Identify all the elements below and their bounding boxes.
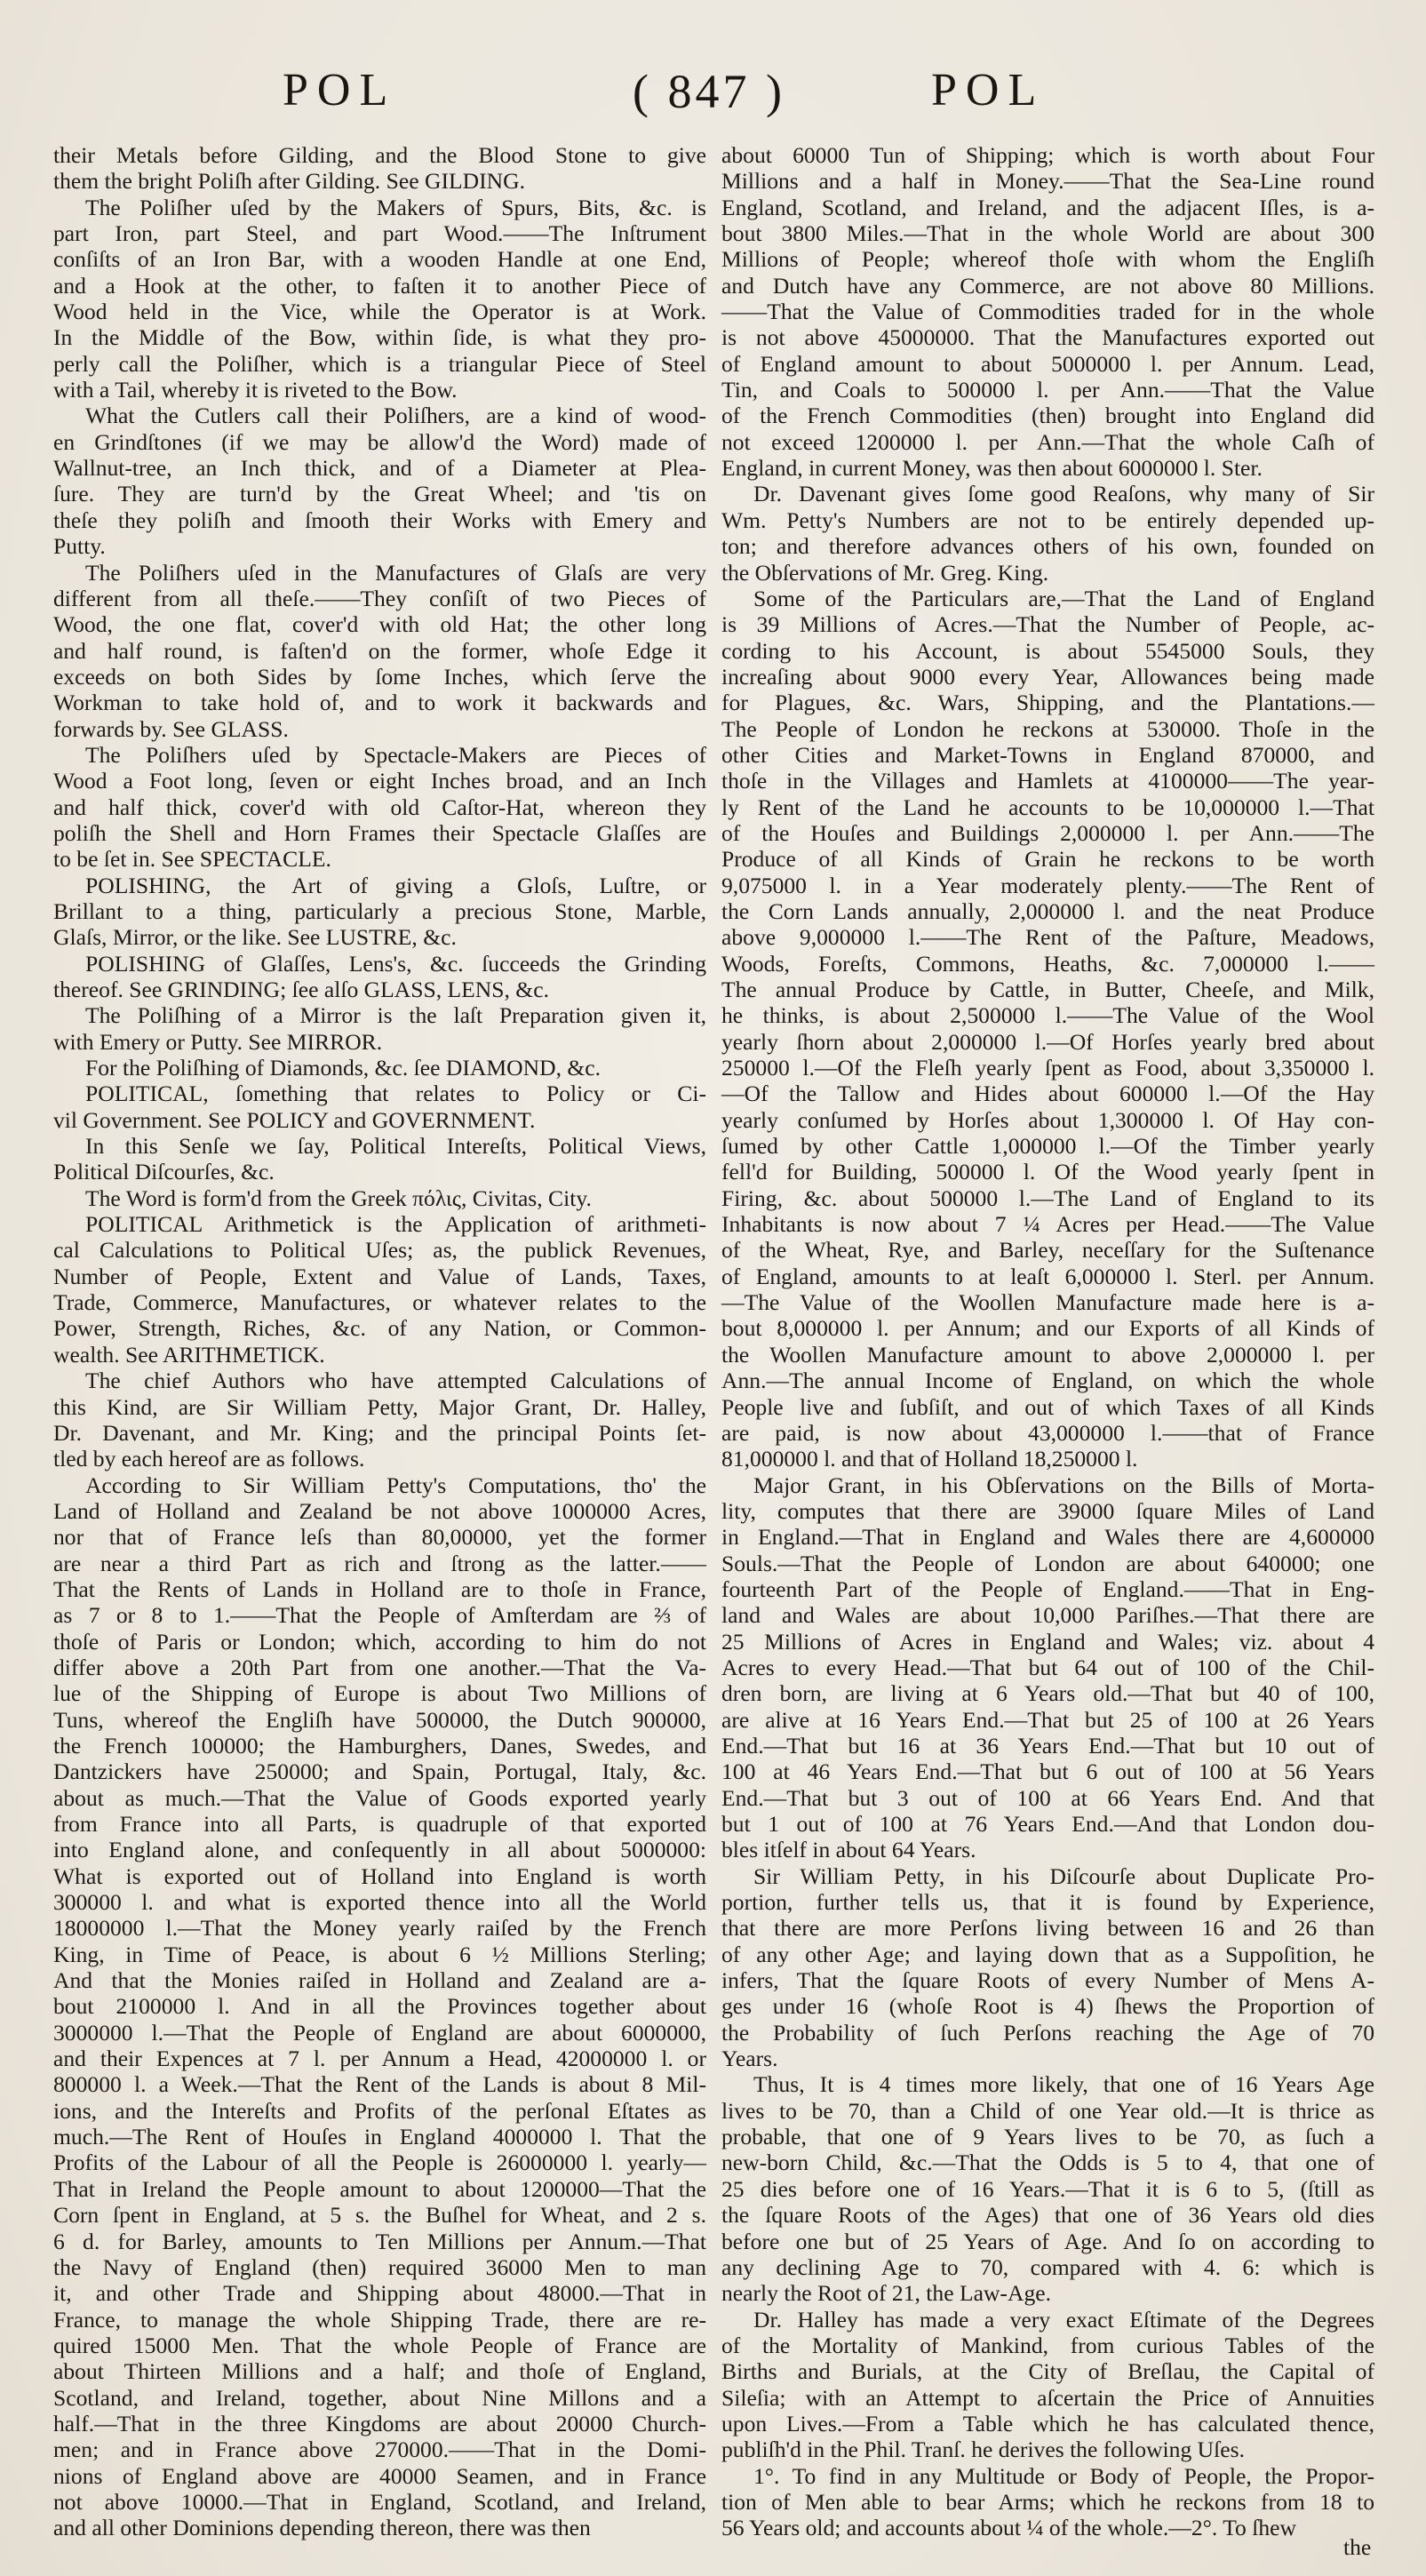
paragraph: What the Cutlers call their Poliſhers, a… xyxy=(53,403,706,559)
paragraph: Dr. Davenant gives ſome good Reaſons, wh… xyxy=(721,481,1374,585)
paragraph: POLITICAL, ſomething that relates to Pol… xyxy=(53,1081,706,1133)
text-line: differ above a 20th Part from one anothe… xyxy=(53,1655,706,1680)
text-line: to be ſet in. See SPECTACLE. xyxy=(53,846,706,872)
text-line: Wood held in the Vice, while the Operato… xyxy=(53,299,706,324)
text-line: 800000 l. a Week.—That the Rent of the L… xyxy=(53,2071,706,2097)
text-line: —The Value of the Woollen Manufacture ma… xyxy=(721,1289,1374,1315)
text-line: as 7 or 8 to 1.——That the People of Amſt… xyxy=(53,1602,706,1628)
text-line: about 60000 Tun of Shipping; which is wo… xyxy=(721,142,1374,168)
text-line: POLITICAL Arithmetick is the Application… xyxy=(53,1211,706,1237)
text-line: are alive at 16 Years End.—That but 25 o… xyxy=(721,1707,1374,1733)
text-line: of England amount to about 5000000 l. pe… xyxy=(721,351,1374,377)
text-line: —Of the Tallow and Hides about 600000 l.… xyxy=(721,1081,1374,1106)
text-line: 81,000000 l. and that of Holland 18,2500… xyxy=(721,1446,1374,1471)
paragraph: Dr. Halley has made a very exact Eſtimat… xyxy=(721,2307,1374,2463)
text-line: Political Diſcourſes, &c. xyxy=(53,1159,706,1184)
text-line: 18000000 l.—That the Money yearly raiſed… xyxy=(53,1915,706,1941)
text-line: People live and ſubſiſt, and out of whic… xyxy=(721,1394,1374,1420)
page-number: ( 847 ) xyxy=(633,64,785,119)
text-line: Wood, the one flat, cover'd with old Hat… xyxy=(53,611,706,637)
paragraph: The Word is form'd from the Greek πόλις,… xyxy=(53,1185,706,1211)
text-line: about Thirteen Millions and a half; and … xyxy=(53,2358,706,2384)
text-line: for Plagues, &c. Wars, Shipping, and the… xyxy=(721,690,1374,715)
text-line: POLITICAL, ſomething that relates to Pol… xyxy=(53,1081,706,1106)
text-line: much.—The Rent of Houſes in England 4000… xyxy=(53,2124,706,2149)
text-line: Dantzickers have 250000; and Spain, Port… xyxy=(53,1759,706,1784)
text-line: and a Hook at the other, to faſten it to… xyxy=(53,273,706,299)
text-line: Land of Holland and Zealand be not above… xyxy=(53,1498,706,1524)
text-line: fell'd for Building, 500000 l. Of the Wo… xyxy=(721,1159,1374,1184)
header-right-keyword: POL xyxy=(931,64,1045,116)
text-line: ions, and the Intereſts and Profits of t… xyxy=(53,2098,706,2124)
text-line: fourteenth Part of the People of England… xyxy=(721,1576,1374,1602)
text-line: bout 8,000000 l. per Annum; and our Expo… xyxy=(721,1315,1374,1341)
text-line: That the Rents of Lands in Holland are t… xyxy=(53,1576,706,1602)
paragraph: The Poliſhing of a Mirror is the laſt Pr… xyxy=(53,1002,706,1055)
text-line: Woods, Foreſts, Commons, Heaths, &c. 7,0… xyxy=(721,951,1374,977)
text-line: What the Cutlers call their Poliſhers, a… xyxy=(53,403,706,428)
text-line: are paid, is now about 43,000000 l.——tha… xyxy=(721,1420,1374,1446)
text-line: that there are more Perſons living betwe… xyxy=(721,1915,1374,1941)
text-line: he thinks, is about 2,500000 l.——The Val… xyxy=(721,1002,1374,1028)
text-line: Wood a Foot long, ſeven or eight Inches … xyxy=(53,768,706,794)
text-line: The annual Produce by Cattle, in Butter,… xyxy=(721,977,1374,1002)
text-line: England, Scotland, and Ireland, and the … xyxy=(721,195,1374,220)
text-line: different from all theſe.——They conſiſt … xyxy=(53,586,706,611)
text-line: The Poliſhers uſed by Spectacle-Makers a… xyxy=(53,742,706,768)
text-line: the Woollen Manufacture amount to above … xyxy=(721,1342,1374,1368)
text-line: Tuns, whereof the Engliſh have 500000, t… xyxy=(53,1707,706,1733)
text-line: POLISHING of Glaſſes, Lens's, &c. ſuccee… xyxy=(53,951,706,977)
text-line: of the Mortality of Mankind, from curiou… xyxy=(721,2333,1374,2358)
text-line: the Obſervations of Mr. Greg. King. xyxy=(721,560,1374,586)
text-line: bles itſelf in about 64 Years. xyxy=(721,1837,1374,1862)
text-line: yearly conſumed by Horſes about 1,300000… xyxy=(721,1107,1374,1133)
text-line: with Emery or Putty. See MIRROR. xyxy=(53,1029,706,1055)
text-line: According to Sir William Petty's Computa… xyxy=(53,1472,706,1498)
text-line: them the bright Poliſh after Gilding. Se… xyxy=(53,168,706,194)
text-line: new-born Child, &c.—That the Odds is 5 t… xyxy=(721,2149,1374,2175)
text-line: France, to manage the whole Shipping Tra… xyxy=(53,2307,706,2333)
text-line: wealth. See ARITHMETICK. xyxy=(53,1342,706,1368)
text-line: In the Middle of the Bow, within ſide, i… xyxy=(53,324,706,350)
text-line: lives to be 70, than a Child of one Year… xyxy=(721,2098,1374,2124)
text-line: Dr. Halley has made a very exact Eſtimat… xyxy=(721,2307,1374,2333)
text-line: The People of London he reckons at 53000… xyxy=(721,716,1374,742)
text-line: infers, That the ſquare Roots of every N… xyxy=(721,1967,1374,1993)
text-line: Souls.—That the People of London are abo… xyxy=(721,1551,1374,1576)
text-line: Inhabitants is now about 7 ¼ Acres per H… xyxy=(721,1211,1374,1237)
text-line: What is exported out of Holland into Eng… xyxy=(53,1863,706,1889)
paragraph: their Metals before Gilding, and the Blo… xyxy=(53,142,706,195)
text-line: vil Government. See POLICY and GOVERNMEN… xyxy=(53,1107,706,1133)
text-line: the Corn Lands annually, 2,000000 l. and… xyxy=(721,898,1374,924)
text-line: Power, Strength, Riches, &c. of any Nati… xyxy=(53,1315,706,1341)
paragraph: Some of the Particulars are,—That the La… xyxy=(721,586,1374,1472)
text-line: the Probability of ſuch Perſons reaching… xyxy=(721,2020,1374,2046)
text-line: Corn ſpent in England, at 5 s. the Buſhe… xyxy=(53,2202,706,2228)
text-line: yearly ſhorn about 2,000000 l.—Of Horſes… xyxy=(721,1029,1374,1055)
text-line: Dr. Davenant, and Mr. King; and the prin… xyxy=(53,1420,706,1446)
text-line: Profits of the Labour of all the People … xyxy=(53,2149,706,2175)
paragraph: about 60000 Tun of Shipping; which is wo… xyxy=(721,142,1374,481)
text-line: and all other Dominions depending thereo… xyxy=(53,2515,706,2540)
text-line: poliſh the Shell and Horn Frames their S… xyxy=(53,820,706,846)
paragraph: POLITICAL Arithmetick is the Application… xyxy=(53,1211,706,1368)
text-line: Tin, and Coals to 500000 l. per Ann.——Th… xyxy=(721,377,1374,403)
text-line: The Poliſhers uſed in the Manufactures o… xyxy=(53,560,706,586)
paragraph: 1°. To find in any Multitude or Body of … xyxy=(721,2463,1374,2541)
text-line: 3000000 l.—That the People of England ar… xyxy=(53,2020,706,2046)
text-line: King, in Time of Peace, is about 6 ½ Mil… xyxy=(53,1942,706,1967)
text-line: Number of People, Extent and Value of La… xyxy=(53,1264,706,1289)
text-line: The Word is form'd from the Greek πόλις,… xyxy=(53,1185,706,1211)
text-line: 6 d. for Barley, amounts to Ten Millions… xyxy=(53,2229,706,2254)
text-line: their Metals before Gilding, and the Blo… xyxy=(53,142,706,168)
text-line: And that the Monies raiſed in Holland an… xyxy=(53,1967,706,1993)
text-line: increaſing about 9000 every Year, Allowa… xyxy=(721,664,1374,690)
text-line: 250000 l.—Of the Fleſh yearly ſpent as F… xyxy=(721,1055,1374,1081)
text-line: The Poliſher uſed by the Makers of Spurs… xyxy=(53,195,706,220)
text-line: with a Tail, whereby it is riveted to th… xyxy=(53,377,706,403)
book-page: POL ( 847 ) POL their Metals before Gild… xyxy=(0,0,1426,2576)
text-line: 1°. To find in any Multitude or Body of … xyxy=(721,2463,1374,2489)
text-line: quired 15000 Men. That the whole People … xyxy=(53,2333,706,2358)
text-line: England, in current Money, was then abou… xyxy=(721,455,1374,481)
text-line: land and Wales are about 10,000 Pariſhes… xyxy=(721,1602,1374,1628)
text-line: 25 dies before one of 16 Years.—That it … xyxy=(721,2176,1374,2202)
text-line: of the Wheat, Rye, and Barley, neceſſary… xyxy=(721,1237,1374,1263)
text-line: but 1 out of 100 at 76 Years End.—And th… xyxy=(721,1811,1374,1837)
text-line: Glaſs, Mirror, or the like. See LUSTRE, … xyxy=(53,924,706,950)
text-line: it, and other Trade and Shipping about 4… xyxy=(53,2280,706,2306)
text-line: is 39 Millions of Acres.—That the Number… xyxy=(721,611,1374,637)
running-header: POL ( 847 ) POL xyxy=(0,64,1426,135)
text-line: and their Expences at 7 l. per Annum a H… xyxy=(53,2046,706,2071)
paragraph: According to Sir William Petty's Computa… xyxy=(53,1472,706,2541)
text-line: Sileſia; with an Attempt to aſcertain th… xyxy=(721,2385,1374,2411)
paragraph: POLISHING, the Art of giving a Gloſs, Lu… xyxy=(53,873,706,951)
text-line: 300000 l. and what is exported thence in… xyxy=(53,1889,706,1915)
text-line: Millions of People; whereof thoſe with w… xyxy=(721,246,1374,272)
text-line: ton; and therefore advances others of hi… xyxy=(721,533,1374,559)
paragraph: Sir William Petty, in his Diſcourſe abou… xyxy=(721,1863,1374,2072)
text-line: of England, amounts to at leaſt 6,000000… xyxy=(721,1264,1374,1289)
right-column: about 60000 Tun of Shipping; which is wo… xyxy=(721,142,1374,2541)
paragraph: Thus, It is 4 times more likely, that on… xyxy=(721,2071,1374,2306)
text-line: ——That the Value of Commodities traded f… xyxy=(721,299,1374,324)
text-line: Scotland, and Ireland, together, about N… xyxy=(53,2385,706,2411)
text-line: thereof. See GRINDING; ſee alſo GLASS, L… xyxy=(53,977,706,1002)
text-line: theſe they poliſh and ſmooth their Works… xyxy=(53,507,706,533)
text-line: Major Grant, in his Obſervations on the … xyxy=(721,1472,1374,1498)
text-line: Workman to take hold of, and to work it … xyxy=(53,690,706,715)
text-line: is not above 45000000. That the Manufact… xyxy=(721,324,1374,350)
paragraph: In this Senſe we ſay, Political Intereſt… xyxy=(53,1133,706,1185)
text-line: Wm. Petty's Numbers are not to be entire… xyxy=(721,507,1374,533)
text-line: Millions and a half in Money.——That the … xyxy=(721,168,1374,194)
text-line: ly Rent of the Land he accounts to be 10… xyxy=(721,794,1374,820)
text-line: above 9,000000 l.——The Rent of the Paſtu… xyxy=(721,924,1374,950)
text-line: 25 Millions of Acres in England and Wale… xyxy=(721,1629,1374,1655)
text-line: nions of England above are 40000 Seamen,… xyxy=(53,2463,706,2489)
text-line: perly call the Poliſher, which is a tria… xyxy=(53,351,706,377)
paragraph: The Poliſhers uſed in the Manufactures o… xyxy=(53,560,706,742)
text-line: exceeds on both Sides by ſome Inches, wh… xyxy=(53,664,706,690)
text-line: not above 10000.—That in England, Scotla… xyxy=(53,2489,706,2515)
text-line: lity, computes that there are 39000 ſqua… xyxy=(721,1498,1374,1524)
text-line: Acres to every Head.—That but 64 out of … xyxy=(721,1655,1374,1680)
paragraph: POLISHING of Glaſſes, Lens's, &c. ſuccee… xyxy=(53,951,706,1003)
text-line: The Poliſhing of a Mirror is the laſt Pr… xyxy=(53,1002,706,1028)
text-line: Thus, It is 4 times more likely, that on… xyxy=(721,2071,1374,2097)
text-line: That in Ireland the People amount to abo… xyxy=(53,2176,706,2202)
text-line: Produce of all Kinds of Grain he reckons… xyxy=(721,846,1374,872)
text-line: thoſe of Paris or London; which, accordi… xyxy=(53,1629,706,1655)
left-column: their Metals before Gilding, and the Blo… xyxy=(53,142,706,2541)
text-line: ges under 16 (whoſe Root is 4) ſhews the… xyxy=(721,1993,1374,2019)
text-line: conſiſts of an Iron Bar, with a wooden H… xyxy=(53,246,706,272)
text-line: en Grindſtones (if we may be allow'd the… xyxy=(53,429,706,455)
text-line: the ſquare Roots of the Ages) that one o… xyxy=(721,2202,1374,2228)
text-line: End.—That but 3 out of 100 at 66 Years E… xyxy=(721,1785,1374,1811)
text-line: are near a third Part as rich and ſtrong… xyxy=(53,1551,706,1576)
text-line: cording to his Account, is about 5545000… xyxy=(721,638,1374,664)
text-line: bout 3800 Miles.—That in the whole World… xyxy=(721,220,1374,246)
text-line: 100 at 46 Years End.—That but 6 out of 1… xyxy=(721,1759,1374,1784)
text-line: Births and Burials, at the City of Breſl… xyxy=(721,2358,1374,2384)
text-line: Firing, &c. about 500000 l.—The Land of … xyxy=(721,1185,1374,1211)
text-line: tion of Men able to bear Arms; which he … xyxy=(721,2489,1374,2515)
text-line: part Iron, part Steel, and part Wood.——T… xyxy=(53,220,706,246)
text-line: in England.—That in England and Wales th… xyxy=(721,1524,1374,1550)
text-line: tled by each hereof are as follows. xyxy=(53,1446,706,1471)
text-line: The chief Authors who have attempted Cal… xyxy=(53,1368,706,1393)
text-line: before one but of 25 Years of Age. And ſ… xyxy=(721,2229,1374,2254)
text-line: not exceed 1200000 l. per Ann.—That the … xyxy=(721,429,1374,455)
text-line: thoſe in the Villages and Hamlets at 410… xyxy=(721,768,1374,794)
text-line: the Navy of England (then) required 3600… xyxy=(53,2254,706,2280)
text-line: Trade, Commerce, Manufactures, or whatev… xyxy=(53,1289,706,1315)
text-line: In this Senſe we ſay, Political Intereſt… xyxy=(53,1133,706,1159)
paragraph: The chief Authors who have attempted Cal… xyxy=(53,1368,706,1471)
catchword: the xyxy=(1343,2534,1371,2561)
text-line: 9,075000 l. in a Year moderately plenty.… xyxy=(721,873,1374,898)
text-line: this Kind, are Sir William Petty, Major … xyxy=(53,1394,706,1420)
text-line: bout 2100000 l. And in all the Provinces… xyxy=(53,1993,706,2019)
text-line: Dr. Davenant gives ſome good Reaſons, wh… xyxy=(721,481,1374,506)
text-line: and Dutch have any Commerce, are not abo… xyxy=(721,273,1374,299)
text-line: other Cities and Market-Towns in England… xyxy=(721,742,1374,768)
text-line: of any other Age; and laying down that a… xyxy=(721,1942,1374,1967)
text-line: End.—That but 16 at 36 Years End.—That b… xyxy=(721,1733,1374,1759)
text-line: dren born, are living at 6 Years old.—Th… xyxy=(721,1680,1374,1706)
text-line: forwards by. See GLASS. xyxy=(53,716,706,742)
text-line: Sir William Petty, in his Diſcourſe abou… xyxy=(721,1863,1374,1889)
text-line: and half thick, cover'd with old Caſtor-… xyxy=(53,794,706,820)
text-line: For the Poliſhing of Diamonds, &c. ſee D… xyxy=(53,1055,706,1081)
text-line: half.—That in the three Kingdoms are abo… xyxy=(53,2411,706,2436)
text-line: into England alone, and conſequently in … xyxy=(53,1837,706,1862)
paragraph: The Poliſhers uſed by Spectacle-Makers a… xyxy=(53,742,706,873)
paragraph: The Poliſher uſed by the Makers of Spurs… xyxy=(53,195,706,403)
text-line: any declining Age to 70, compared with 4… xyxy=(721,2254,1374,2280)
text-line: Some of the Particulars are,—That the La… xyxy=(721,586,1374,611)
text-line: Brillant to a thing, particularly a prec… xyxy=(53,898,706,924)
text-line: 56 Years old; and accounts about ¼ of th… xyxy=(721,2515,1374,2540)
text-line: Putty. xyxy=(53,533,706,559)
text-line: of the French Commodities (then) brought… xyxy=(721,403,1374,428)
text-line: Ann.—The annual Income of England, on wh… xyxy=(721,1368,1374,1393)
paragraph: For the Poliſhing of Diamonds, &c. ſee D… xyxy=(53,1055,706,1081)
text-line: cal Calculations to Political Uſes; as, … xyxy=(53,1237,706,1263)
text-line: POLISHING, the Art of giving a Gloſs, Lu… xyxy=(53,873,706,898)
text-line: nearly the Root of 21, the Law-Age. xyxy=(721,2280,1374,2306)
text-line: about as much.—That the Value of Goods e… xyxy=(53,1785,706,1811)
text-line: ſure. They are turn'd by the Great Wheel… xyxy=(53,481,706,506)
header-left-keyword: POL xyxy=(283,64,396,116)
text-line: from France into all Parts, is quadruple… xyxy=(53,1811,706,1837)
text-line: ſumed by other Cattle 1,000000 l.—Of the… xyxy=(721,1133,1374,1159)
paragraph: Major Grant, in his Obſervations on the … xyxy=(721,1472,1374,1863)
text-line: nor that of France leſs than 80,00000, y… xyxy=(53,1524,706,1550)
text-line: Years. xyxy=(721,2046,1374,2071)
text-line: Wallnut-tree, an Inch thick, and of a Di… xyxy=(53,455,706,481)
text-line: lue of the Shipping of Europe is about T… xyxy=(53,1680,706,1706)
text-line: and half round, is faſten'd on the forme… xyxy=(53,638,706,664)
text-line: probable, that one of 9 Years lives to b… xyxy=(721,2124,1374,2149)
text-line: men; and in France above 270000.——That i… xyxy=(53,2436,706,2462)
text-line: the French 100000; the Hamburghers, Dane… xyxy=(53,1733,706,1759)
text-line: of the Houſes and Buildings 2,000000 l. … xyxy=(721,820,1374,846)
text-line: publiſh'd in the Phil. Tranſ. he derives… xyxy=(721,2436,1374,2462)
text-line: upon Lives.—From a Table which he has ca… xyxy=(721,2411,1374,2436)
text-line: portion, further tells us, that it is fo… xyxy=(721,1889,1374,1915)
